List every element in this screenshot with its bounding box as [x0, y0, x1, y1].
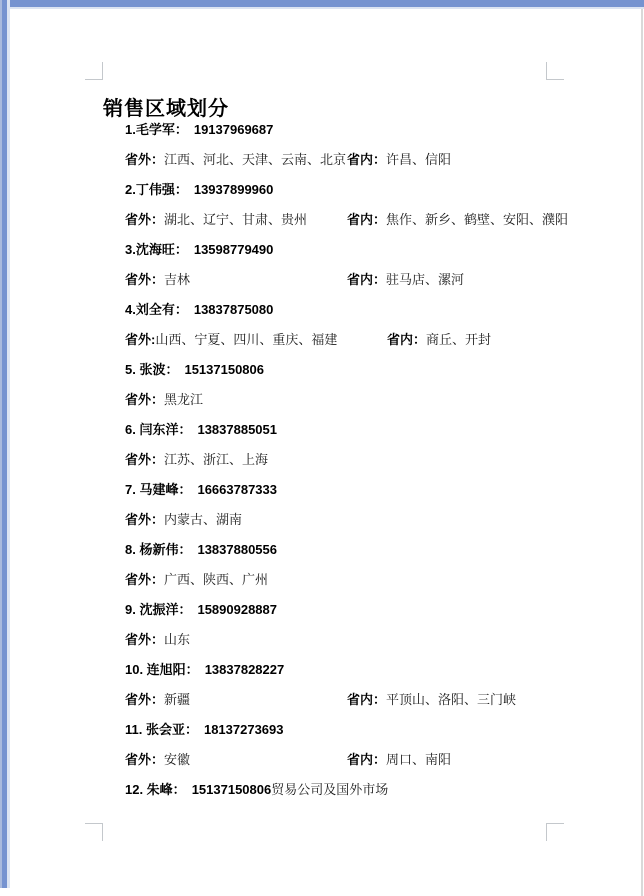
person-entry-line: 2.丁伟强：13937899960	[125, 175, 585, 205]
person-entry-line: 3.沈海旺：13598779490	[125, 235, 585, 265]
person-entry-line: 6. 闫东洋：13837885051	[125, 415, 585, 445]
person-phone-number: 15137150806	[192, 782, 272, 797]
outside-province-list: 湖北、辽宁、甘肃、贵州	[164, 212, 307, 227]
person-number-name-label: 1.毛学军：	[125, 122, 188, 137]
person-regions-line: 省外：广西、陕西、广州	[125, 565, 585, 595]
person-entry-line: 8. 杨新伟：13837880556	[125, 535, 585, 565]
outside-province-label: 省外：	[125, 752, 164, 767]
document-body: 1.毛学军：19137969687省外：江西、河北、天津、云南、北京省内：许昌、…	[125, 115, 585, 805]
outside-province-label: 省外：	[125, 392, 164, 407]
outside-province-list: 黑龙江	[164, 392, 203, 407]
person-regions-line: 省外：吉林省内：驻马店、漯河	[125, 265, 585, 295]
person-regions-line: 省外：新疆省内：平顶山、洛阳、三门峡	[125, 685, 585, 715]
inside-province-list: 许昌、信阳	[386, 152, 451, 167]
person-number-name-label: 2.丁伟强：	[125, 182, 188, 197]
outside-province-label: 省外：	[125, 692, 164, 707]
person-phone-number: 13837875080	[194, 302, 274, 317]
person-regions-line: 省外：江西、河北、天津、云南、北京省内：许昌、信阳	[125, 145, 585, 175]
person-phone-number: 18137273693	[204, 722, 284, 737]
page-right-edge-line	[641, 9, 643, 896]
outside-province-list: 广西、陕西、广州	[164, 572, 268, 587]
inside-province-label: 省内：	[347, 272, 386, 287]
inside-province-label: 省内：	[347, 692, 386, 707]
outside-province-label: 省外：	[125, 152, 164, 167]
outside-province-label: 省外：	[125, 512, 164, 527]
inside-province-label: 省内：	[347, 752, 386, 767]
person-entry-line: 5. 张波：15137150806	[125, 355, 585, 385]
person-number-name-label: 3.沈海旺：	[125, 242, 188, 257]
person-number-name-label: 7. 马建峰：	[125, 482, 191, 497]
outside-province-label: 省外：	[125, 212, 164, 227]
person-phone-number: 13937899960	[194, 182, 274, 197]
person-phone-number: 13598779490	[194, 242, 274, 257]
person-phone-number: 15890928887	[197, 602, 277, 617]
inside-province-group: 省内：焦作、新乡、鹤壁、安阳、濮阳	[347, 205, 568, 235]
person-number-name-label: 4.刘全有：	[125, 302, 188, 317]
outside-province-list: 江西、河北、天津、云南、北京	[164, 152, 346, 167]
person-entry-line: 10. 连旭阳：13837828227	[125, 655, 585, 685]
person-entry-line: 1.毛学军：19137969687	[125, 115, 585, 145]
person-regions-line: 省外：安徽省内：周口、南阳	[125, 745, 585, 775]
word-window: 销售区域划分 1.毛学军：19137969687省外：江西、河北、天津、云南、北…	[0, 0, 644, 896]
person-phone-number: 13837885051	[197, 422, 277, 437]
outside-province-list: 新疆	[164, 692, 190, 707]
outside-province-list: 内蒙古、湖南	[164, 512, 242, 527]
person-phone-number: 13837880556	[197, 542, 277, 557]
person-regions-line: 省外：内蒙古、湖南	[125, 505, 585, 535]
outside-province-list: 山西、宁夏、四川、重庆、福建	[155, 332, 337, 347]
inside-province-list: 驻马店、漯河	[386, 272, 464, 287]
inside-province-list: 平顶山、洛阳、三门峡	[386, 692, 516, 707]
window-top-edge	[0, 0, 644, 9]
margin-crop-mark-bottom-left	[85, 823, 103, 841]
outside-province-label: 省外：	[125, 452, 164, 467]
inside-province-label: 省内：	[387, 332, 426, 347]
person-phone-number: 16663787333	[197, 482, 277, 497]
inside-province-group: 省内：平顶山、洛阳、三门峡	[347, 685, 516, 715]
outside-province-label: 省外：	[125, 272, 164, 287]
person-regions-line: 省外：山东	[125, 625, 585, 655]
person-phone-number: 13837828227	[205, 662, 285, 677]
person-number-name-label: 11. 张会亚：	[125, 722, 198, 737]
inside-province-list: 商丘、开封	[426, 332, 491, 347]
margin-crop-mark-top-left	[85, 62, 103, 80]
outside-province-label: 省外：	[125, 632, 164, 647]
person-entry-line: 11. 张会亚：18137273693	[125, 715, 585, 745]
inside-province-label: 省内：	[347, 212, 386, 227]
person-regions-line: 省外:山西、宁夏、四川、重庆、福建省内：商丘、开封	[125, 325, 585, 355]
person-number-name-label: 10. 连旭阳：	[125, 662, 199, 677]
person-phone-number: 15137150806	[184, 362, 264, 377]
inside-province-list: 焦作、新乡、鹤壁、安阳、濮阳	[386, 212, 568, 227]
person-phone-number: 19137969687	[194, 122, 274, 137]
inside-province-label: 省内：	[347, 152, 386, 167]
person-number-name-label: 12. 朱峰：	[125, 782, 186, 797]
person-note-suffix: 贸易公司及国外市场	[271, 782, 388, 797]
person-regions-line: 省外：湖北、辽宁、甘肃、贵州省内：焦作、新乡、鹤壁、安阳、濮阳	[125, 205, 585, 235]
person-entry-line: 4.刘全有：13837875080	[125, 295, 585, 325]
inside-province-list: 周口、南阳	[386, 752, 451, 767]
margin-crop-mark-top-right	[546, 62, 564, 80]
person-entry-line: 9. 沈振洋：15890928887	[125, 595, 585, 625]
outside-province-list: 安徽	[164, 752, 190, 767]
inside-province-group: 省内：周口、南阳	[347, 745, 451, 775]
window-left-edge	[0, 0, 10, 888]
person-entry-line: 12. 朱峰：15137150806贸易公司及国外市场	[125, 775, 585, 805]
inside-province-group: 省内：商丘、开封	[387, 325, 491, 355]
inside-province-group: 省内：许昌、信阳	[347, 145, 451, 175]
person-number-name-label: 9. 沈振洋：	[125, 602, 191, 617]
outside-province-label: 省外:	[125, 332, 155, 347]
margin-crop-mark-bottom-right	[546, 823, 564, 841]
person-number-name-label: 5. 张波：	[125, 362, 178, 377]
person-number-name-label: 8. 杨新伟：	[125, 542, 191, 557]
outside-province-label: 省外：	[125, 572, 164, 587]
person-entry-line: 7. 马建峰：16663787333	[125, 475, 585, 505]
outside-province-list: 吉林	[164, 272, 190, 287]
inside-province-group: 省内：驻马店、漯河	[347, 265, 464, 295]
outside-province-list: 山东	[164, 632, 190, 647]
person-regions-line: 省外：江苏、浙江、上海	[125, 445, 585, 475]
person-number-name-label: 6. 闫东洋：	[125, 422, 191, 437]
person-regions-line: 省外：黑龙江	[125, 385, 585, 415]
outside-province-list: 江苏、浙江、上海	[164, 452, 268, 467]
